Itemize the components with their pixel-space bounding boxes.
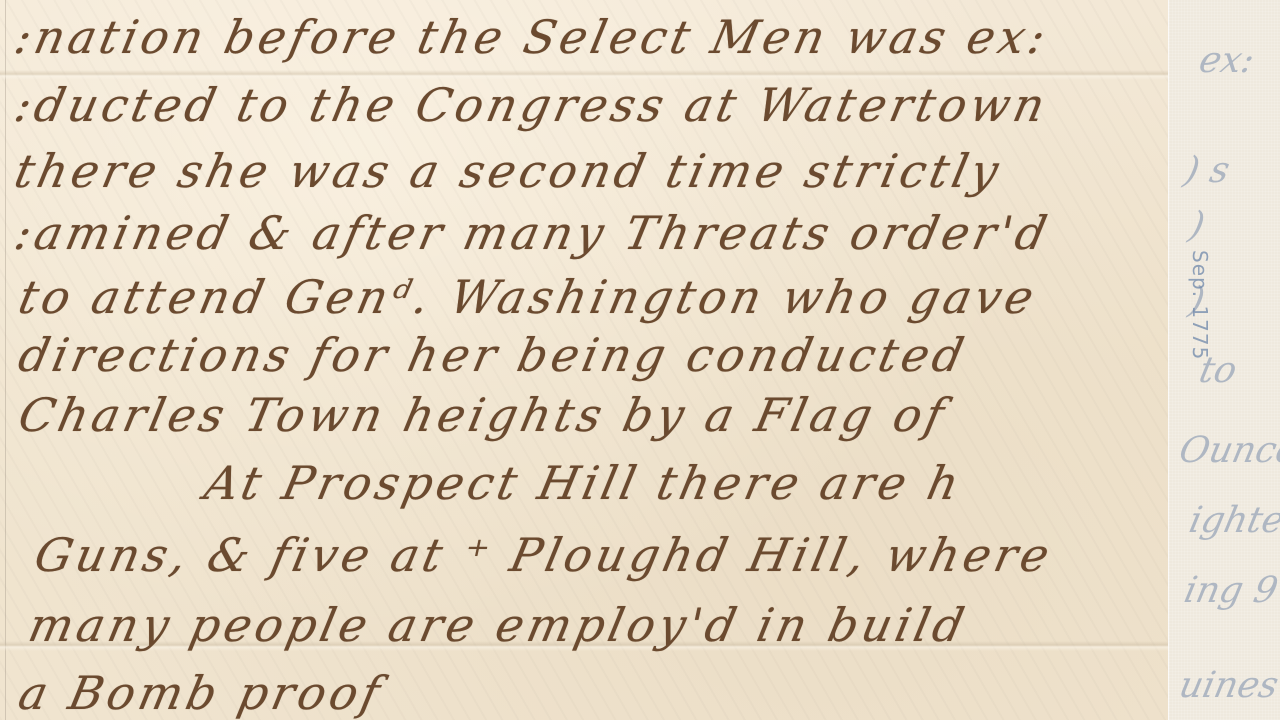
text-line-4: :amined & after many Threats order'd [10,206,1055,260]
text-line-2: :ducted to the Congress at Watertown [10,78,1053,132]
bleed-text-9: uines [1176,665,1280,706]
text-line-6: directions for her being conducted [14,328,972,382]
text-line-11: a Bomb proof [14,666,389,720]
handwritten-text-body: :nation before the Select Men was ex: :d… [0,0,1168,720]
text-line-10: many people are employ'd in build [24,598,973,652]
bleed-text-6: Ounce [1176,430,1280,471]
bleed-text-2: ) s [1181,150,1234,191]
text-line-5: to attend Genᵈ. Washington who gave [14,270,1042,324]
bleed-text-1: ex: [1196,40,1258,81]
text-line-1: :nation before the Select Men was ex: [10,10,1054,64]
text-line-3: there she was a second time strictly [10,144,1007,198]
bleed-text-7: ighte [1186,500,1280,541]
bleed-text-8: ing 9 [1181,570,1280,611]
text-line-8: At Prospect Hill there are h [200,456,968,510]
text-line-9: Guns, & five at ⁺ Ploughd Hill, where [30,528,1058,582]
text-line-7: Charles Town heights by a Flag of [14,388,953,442]
archival-date-note: Sep. 1775 [1188,250,1212,360]
